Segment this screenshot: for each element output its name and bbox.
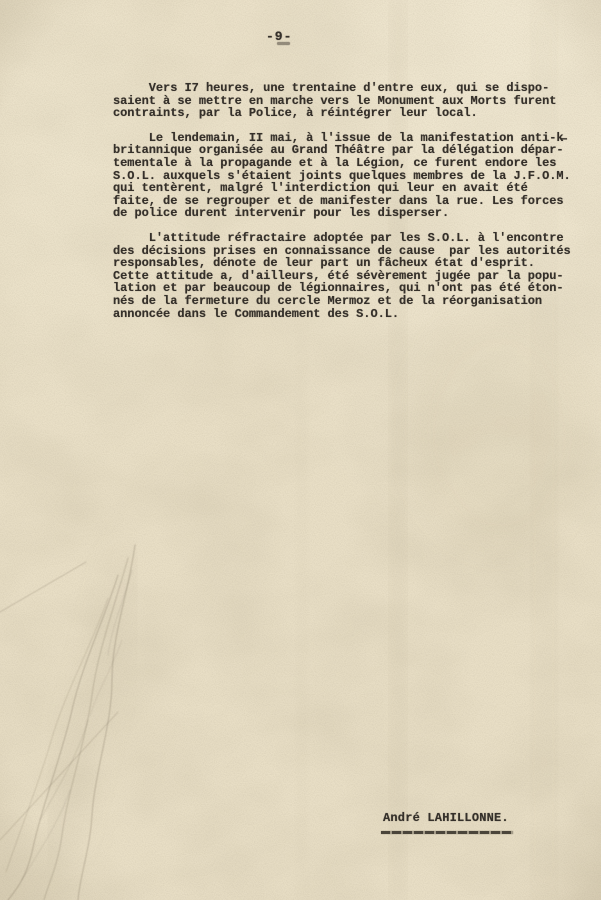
typewritten-content: -9- Vers I7 heures, une trentaine d'entr… — [0, 0, 601, 900]
paragraph-1: Vers I7 heures, une trentaine d'entre eu… — [113, 82, 583, 120]
signature: André LAHILLONNE. — [383, 811, 509, 825]
signature-underline — [381, 831, 513, 834]
paragraph-2: Le lendemain, II mai, à l'issue de la ma… — [113, 132, 583, 220]
scanned-document-page: -9- Vers I7 heures, une trentaine d'entr… — [0, 0, 601, 900]
page-number-underline-blot — [277, 42, 290, 45]
paragraph-3: L'attitude réfractaire adoptée par les S… — [113, 232, 583, 320]
document-body: Vers I7 heures, une trentaine d'entre eu… — [113, 82, 583, 332]
